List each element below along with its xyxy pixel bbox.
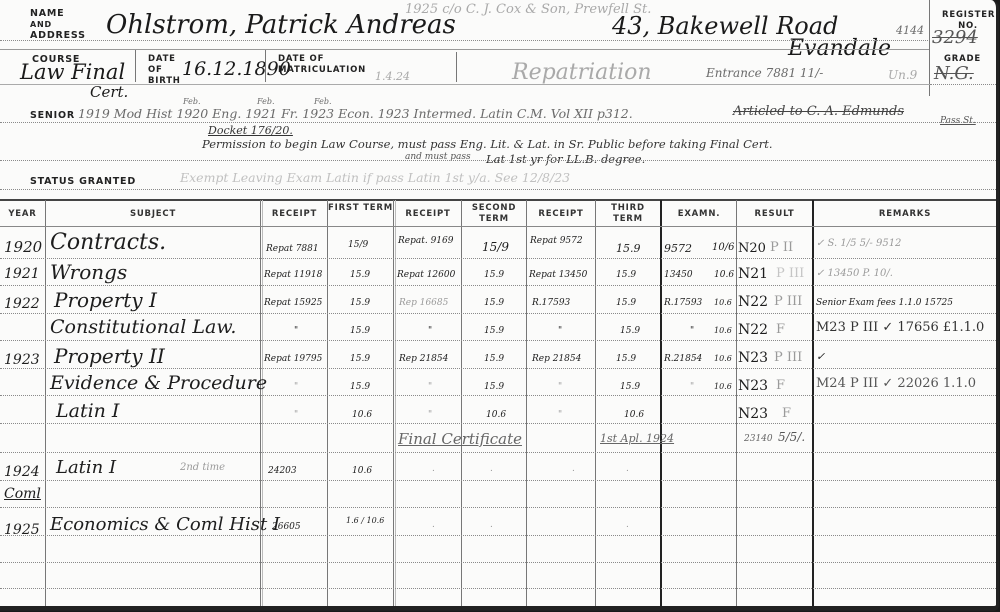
divider: [0, 122, 996, 123]
final-certificate-date: 1st Apl. 1924: [600, 432, 674, 445]
col-divider: [260, 200, 261, 606]
divider: [0, 199, 996, 201]
divider: [0, 84, 930, 85]
divider: [929, 0, 930, 96]
divider: [265, 50, 266, 82]
senior-label: SENIOR: [30, 110, 75, 121]
pass-note: Pass St.: [940, 116, 976, 126]
senior-value: 1919 Mod Hist 1920 Eng. 1921 Fr. 1923 Ec…: [78, 106, 633, 121]
articled-note: Articled to C. A. Edmunds: [733, 104, 904, 119]
un-note: Un.9: [888, 68, 917, 82]
column-header-receipt-2: RECEIPT: [395, 209, 461, 220]
dob-value: 16.12.1890: [182, 58, 291, 80]
row-rule: [0, 562, 996, 563]
docket-note: Docket 176/20.: [208, 124, 293, 137]
column-header-first-term: FIRST TERM: [328, 203, 393, 214]
permission-note-2: Lat 1st yr for LL.B. degree.: [486, 152, 645, 166]
row-rule: [0, 480, 996, 481]
row-rule: [0, 368, 996, 369]
grade-value: N.G.: [934, 63, 974, 84]
row-rule: [0, 340, 996, 341]
final-certificate-receipt: 23140: [744, 434, 773, 444]
col-divider: [262, 200, 263, 606]
divider: [0, 226, 996, 227]
entrance-note: Entrance 7881 11/-: [706, 66, 823, 80]
column-header-receipt-1: RECEIPT: [262, 209, 327, 220]
divider: [0, 40, 928, 41]
col-divider: [595, 200, 596, 606]
col-divider: [395, 200, 396, 606]
divider: [0, 160, 996, 161]
matriculation-value: 1.4.24: [375, 70, 410, 83]
divider: [0, 49, 930, 50]
status-granted-label: STATUS GRANTED: [30, 176, 136, 187]
status-granted-value: Exempt Leaving Exam Latin if pass Latin …: [180, 170, 570, 185]
row-rule: [0, 313, 996, 314]
row-rule: [0, 285, 996, 286]
column-header-year: YEAR: [0, 209, 45, 220]
name-address-label: NAME AND ADDRESS: [30, 8, 86, 41]
student-record-card: NAME AND ADDRESS Ohlstrom, Patrick Andre…: [0, 0, 999, 611]
column-header-examn: EXAMN.: [662, 209, 736, 220]
final-certificate-fee: 5/5/.: [778, 430, 805, 444]
col-divider: [736, 200, 737, 606]
dob-label: DATE OF BIRTH: [148, 54, 181, 87]
column-header-receipt-3: RECEIPT: [527, 209, 595, 220]
senior-month: Feb.: [183, 97, 201, 106]
col-divider: [461, 200, 462, 606]
col-divider: [660, 200, 662, 606]
row-rule: [0, 395, 996, 396]
col-divider: [526, 200, 527, 606]
row-rule: [0, 507, 996, 508]
col-divider: [327, 200, 328, 606]
col-divider: [812, 200, 814, 606]
column-header-second-term: SECOND TERM: [462, 203, 526, 225]
divider: [456, 52, 457, 82]
course-value: Law Final: [20, 60, 125, 84]
column-header-remarks: REMARKS: [814, 209, 996, 220]
senior-month: Feb.: [314, 97, 332, 106]
column-header-subject: SUBJECT: [46, 209, 260, 220]
course-value-2: Cert.: [90, 83, 128, 101]
row-rule: [0, 535, 996, 536]
row-rule: [0, 423, 996, 424]
divider: [135, 50, 136, 82]
column-header-result: RESULT: [737, 209, 812, 220]
register-prefix: 4144: [896, 24, 924, 37]
register-number: 3294: [932, 27, 978, 48]
matriculation-label: DATE OF MATRICULATION: [278, 54, 366, 76]
senior-month: Feb.: [257, 97, 275, 106]
student-name: Ohlstrom, Patrick Andreas: [106, 10, 456, 40]
final-certificate-text: Final Certificate: [398, 430, 522, 448]
permission-note: Permission to begin Law Course, must pas…: [202, 137, 773, 151]
col-divider: [393, 200, 394, 606]
divider: [0, 189, 996, 190]
row-rule: [0, 588, 996, 589]
column-header-third-term: THIRD TERM: [596, 203, 660, 225]
divider: [930, 84, 996, 85]
repatriation-note: Repatriation: [512, 60, 652, 85]
col-divider: [45, 200, 46, 606]
row-rule: [0, 258, 996, 259]
row-rule: [0, 452, 996, 453]
